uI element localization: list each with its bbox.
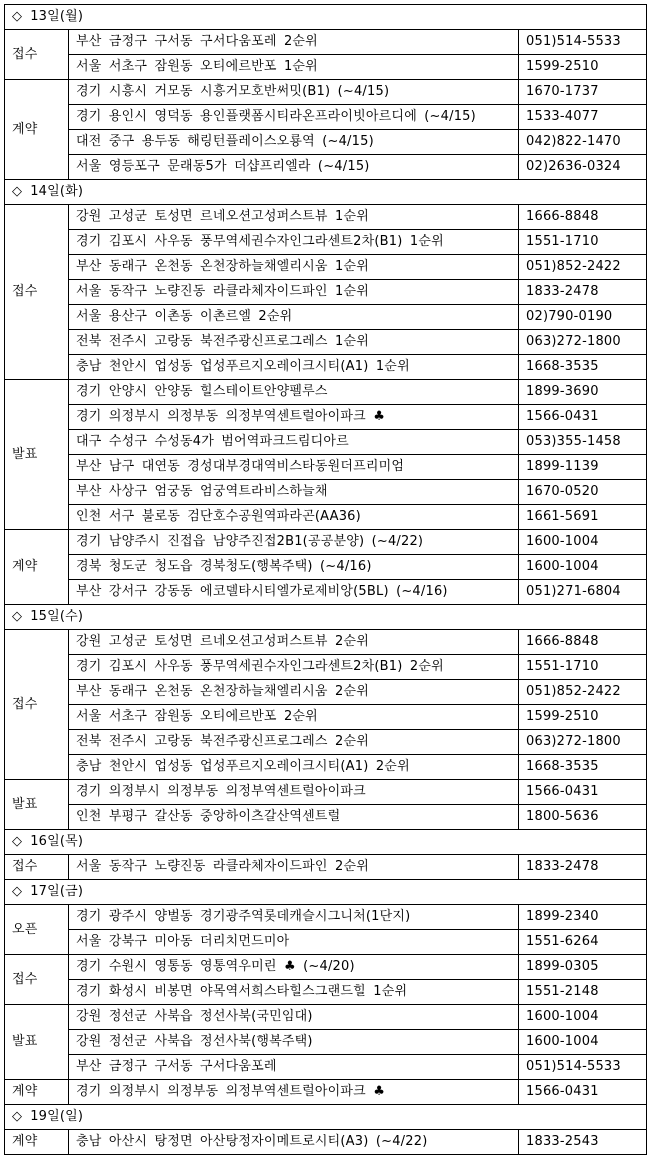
table-row: 경기 의정부시 의정부동 의정부역센트럴아이파크 ♣1566-0431 [5,405,647,430]
phone-cell: 1551-1710 [519,655,647,680]
table-row: 충남 천안시 업성동 업성푸르지오레이크시티(A1) 1순위1668-3535 [5,355,647,380]
date-label: 15일(수) [30,609,83,624]
category-cell: 접수 [5,855,69,880]
description-cell: 경기 시흥시 거모동 시흥거모호반써밋(B1) (~4/15) [69,80,519,105]
phone-cell: 063)272-1800 [519,730,647,755]
phone-cell: 1551-1710 [519,230,647,255]
category-cell: 접수 [5,630,69,780]
table-row: 서울 영등포구 문래동5가 더샵프리엘라 (~4/15)02)2636-0324 [5,155,647,180]
description-cell: 서울 동작구 노량진동 라클라체자이드파인 1순위 [69,280,519,305]
table-row: 경기 용인시 영덕동 용인플랫폼시티라온프라이빗아르디에 (~4/15)1533… [5,105,647,130]
table-row: 대구 수성구 수성동4가 범어역파크드림디아르053)355-1458 [5,430,647,455]
phone-cell: 1670-0520 [519,480,647,505]
description-cell: 경기 안양시 안양동 힐스테이트안양펠루스 [69,380,519,405]
table-row: 부산 동래구 온천동 온천장하늘채엘리시움 1순위051)852-2422 [5,255,647,280]
phone-cell: 1833-2543 [519,1130,647,1155]
phone-cell: 1551-2148 [519,980,647,1005]
date-header-row: ◇15일(수) [5,605,647,630]
date-header: ◇14일(화) [5,180,647,205]
table-row: 부산 강서구 강동동 에코델타시티엘가로제비앙(5BL) (~4/16)051)… [5,580,647,605]
category-cell: 접수 [5,955,69,1005]
table-row: 서울 강북구 미아동 더리치먼드미아1551-6264 [5,930,647,955]
phone-cell: 1899-3690 [519,380,647,405]
table-row: 충남 천안시 업성동 업성푸르지오레이크시티(A1) 2순위1668-3535 [5,755,647,780]
table-row: 인천 부평구 갈산동 중앙하이츠갈산역센트럴1800-5636 [5,805,647,830]
date-label: 13일(월) [30,9,83,24]
phone-cell: 02)790-0190 [519,305,647,330]
diamond-icon: ◇ [12,605,22,629]
description-cell: 인천 서구 불로동 검단호수공원역파라곤(AA36) [69,505,519,530]
table-row: 서울 용산구 이촌동 이촌르엘 2순위02)790-0190 [5,305,647,330]
table-row: 전북 전주시 고랑동 북전주광신프로그레스 1순위063)272-1800 [5,330,647,355]
table-row: 접수강원 고성군 토성면 르네오션고성퍼스트뷰 1순위1666-8848 [5,205,647,230]
table-row: 인천 서구 불로동 검단호수공원역파라곤(AA36)1661-5691 [5,505,647,530]
table-row: 발표경기 의정부시 의정부동 의정부역센트럴아이파크1566-0431 [5,780,647,805]
phone-cell: 051)852-2422 [519,680,647,705]
table-row: 경기 김포시 사우동 풍무역세권수자인그라센트2차(B1) 2순위1551-17… [5,655,647,680]
table-row: 대전 중구 용두동 해링턴플레이스오룡역 (~4/15)042)822-1470 [5,130,647,155]
table-row: 서울 서초구 잠원동 오티에르반포 1순위1599-2510 [5,55,647,80]
table-row: 발표경기 안양시 안양동 힐스테이트안양펠루스1899-3690 [5,380,647,405]
diamond-icon: ◇ [12,180,22,204]
date-header: ◇15일(수) [5,605,647,630]
phone-cell: 1899-2340 [519,905,647,930]
diamond-icon: ◇ [12,1105,22,1129]
phone-cell: 042)822-1470 [519,130,647,155]
description-cell: 강원 고성군 토성면 르네오션고성퍼스트뷰 1순위 [69,205,519,230]
table-row: 서울 서초구 잠원동 오티에르반포 2순위1599-2510 [5,705,647,730]
description-cell: 강원 정선군 사북읍 정선사북(국민임대) [69,1005,519,1030]
table-row: 전북 전주시 고랑동 북전주광신프로그레스 2순위063)272-1800 [5,730,647,755]
date-header-row: ◇13일(월) [5,5,647,30]
date-header-row: ◇14일(화) [5,180,647,205]
phone-cell: 1800-5636 [519,805,647,830]
description-cell: 서울 용산구 이촌동 이촌르엘 2순위 [69,305,519,330]
category-cell: 계약 [5,1130,69,1155]
table-row: 계약경기 의정부시 의정부동 의정부역센트럴아이파크 ♣1566-0431 [5,1080,647,1105]
table-row: 접수경기 수원시 영통동 영통역우미린 ♣ (~4/20)1899-0305 [5,955,647,980]
table-row: 접수부산 금정구 구서동 구서다움포레 2순위051)514-5533 [5,30,647,55]
phone-cell: 1899-0305 [519,955,647,980]
description-cell: 부산 남구 대연동 경성대부경대역비스타동원더프리미엄 [69,455,519,480]
table-row: 계약경기 시흥시 거모동 시흥거모호반써밋(B1) (~4/15)1670-17… [5,80,647,105]
description-cell: 부산 금정구 구서동 구서다움포레 2순위 [69,30,519,55]
description-cell: 강원 고성군 토성면 르네오션고성퍼스트뷰 2순위 [69,630,519,655]
phone-cell: 1661-5691 [519,505,647,530]
phone-cell: 1533-4077 [519,105,647,130]
date-label: 16일(목) [30,834,83,849]
table-row: 오픈경기 광주시 양벌동 경기광주역롯데캐슬시그니처(1단지)1899-2340 [5,905,647,930]
description-cell: 경북 청도군 청도읍 경북청도(행복주택) (~4/16) [69,555,519,580]
phone-cell: 1666-8848 [519,630,647,655]
description-cell: 충남 천안시 업성동 업성푸르지오레이크시티(A1) 1순위 [69,355,519,380]
date-label: 19일(일) [30,1109,83,1124]
phone-cell: 1666-8848 [519,205,647,230]
description-cell: 서울 동작구 노량진동 라클라체자이드파인 2순위 [69,855,519,880]
phone-cell: 1600-1004 [519,555,647,580]
table-row: 발표강원 정선군 사북읍 정선사북(국민임대)1600-1004 [5,1005,647,1030]
table-row: 경기 김포시 사우동 풍무역세권수자인그라센트2차(B1) 1순위1551-17… [5,230,647,255]
date-header-row: ◇19일(일) [5,1105,647,1130]
table-row: 부산 금정구 구서동 구서다움포레051)514-5533 [5,1055,647,1080]
schedule-tbody: ◇13일(월)접수부산 금정구 구서동 구서다움포레 2순위051)514-55… [5,5,647,1155]
description-cell: 경기 의정부시 의정부동 의정부역센트럴아이파크 ♣ [69,1080,519,1105]
description-cell: 서울 영등포구 문래동5가 더샵프리엘라 (~4/15) [69,155,519,180]
description-cell: 전북 전주시 고랑동 북전주광신프로그레스 2순위 [69,730,519,755]
phone-cell: 1600-1004 [519,530,647,555]
description-cell: 인천 부평구 갈산동 중앙하이츠갈산역센트럴 [69,805,519,830]
phone-cell: 1670-1737 [519,80,647,105]
description-cell: 부산 강서구 강동동 에코델타시티엘가로제비앙(5BL) (~4/16) [69,580,519,605]
phone-cell: 1668-3535 [519,755,647,780]
phone-cell: 051)271-6804 [519,580,647,605]
phone-cell: 1600-1004 [519,1005,647,1030]
phone-cell: 1566-0431 [519,780,647,805]
category-cell: 접수 [5,30,69,80]
table-row: 접수서울 동작구 노량진동 라클라체자이드파인 2순위1833-2478 [5,855,647,880]
phone-cell: 1833-2478 [519,280,647,305]
table-row: 계약경기 남양주시 진접읍 남양주진접2B1(공공분양) (~4/22)1600… [5,530,647,555]
description-cell: 전북 전주시 고랑동 북전주광신프로그레스 1순위 [69,330,519,355]
table-row: 계약충남 아산시 탕정면 아산탕정자이메트로시티(A3) (~4/22)1833… [5,1130,647,1155]
description-cell: 경기 남양주시 진접읍 남양주진접2B1(공공분양) (~4/22) [69,530,519,555]
description-cell: 충남 아산시 탕정면 아산탕정자이메트로시티(A3) (~4/22) [69,1130,519,1155]
diamond-icon: ◇ [12,830,22,854]
table-row: 강원 정선군 사북읍 정선사북(행복주택)1600-1004 [5,1030,647,1055]
phone-cell: 051)852-2422 [519,255,647,280]
date-header-row: ◇16일(목) [5,830,647,855]
phone-cell: 1833-2478 [519,855,647,880]
phone-cell: 1566-0431 [519,405,647,430]
description-cell: 충남 천안시 업성동 업성푸르지오레이크시티(A1) 2순위 [69,755,519,780]
date-header: ◇13일(월) [5,5,647,30]
description-cell: 경기 김포시 사우동 풍무역세권수자인그라센트2차(B1) 1순위 [69,230,519,255]
subscription-schedule-table: ◇13일(월)접수부산 금정구 구서동 구서다움포레 2순위051)514-55… [4,4,647,1155]
category-cell: 계약 [5,1080,69,1105]
description-cell: 부산 동래구 온천동 온천장하늘채엘리시움 1순위 [69,255,519,280]
date-header: ◇17일(금) [5,880,647,905]
description-cell: 경기 용인시 영덕동 용인플랫폼시티라온프라이빗아르디에 (~4/15) [69,105,519,130]
description-cell: 대전 중구 용두동 해링턴플레이스오룡역 (~4/15) [69,130,519,155]
description-cell: 경기 화성시 비봉면 야목역서희스타힐스그랜드힐 1순위 [69,980,519,1005]
date-header: ◇19일(일) [5,1105,647,1130]
description-cell: 부산 동래구 온천동 온천장하늘채엘리시움 2순위 [69,680,519,705]
date-header: ◇16일(목) [5,830,647,855]
category-cell: 계약 [5,530,69,605]
category-cell: 계약 [5,80,69,180]
date-label: 17일(금) [30,884,83,899]
phone-cell: 1668-3535 [519,355,647,380]
description-cell: 부산 사상구 엄궁동 엄궁역트라비스하늘채 [69,480,519,505]
phone-cell: 1600-1004 [519,1030,647,1055]
phone-cell: 053)355-1458 [519,430,647,455]
category-cell: 오픈 [5,905,69,955]
phone-cell: 1599-2510 [519,55,647,80]
date-header-row: ◇17일(금) [5,880,647,905]
category-cell: 발표 [5,1005,69,1080]
description-cell: 경기 수원시 영통동 영통역우미린 ♣ (~4/20) [69,955,519,980]
date-label: 14일(화) [30,184,83,199]
description-cell: 서울 서초구 잠원동 오티에르반포 1순위 [69,55,519,80]
phone-cell: 02)2636-0324 [519,155,647,180]
category-cell: 접수 [5,205,69,380]
table-row: 서울 동작구 노량진동 라클라체자이드파인 1순위1833-2478 [5,280,647,305]
category-cell: 발표 [5,780,69,830]
table-row: 접수강원 고성군 토성면 르네오션고성퍼스트뷰 2순위1666-8848 [5,630,647,655]
description-cell: 경기 김포시 사우동 풍무역세권수자인그라센트2차(B1) 2순위 [69,655,519,680]
diamond-icon: ◇ [12,880,22,904]
description-cell: 강원 정선군 사북읍 정선사북(행복주택) [69,1030,519,1055]
phone-cell: 1551-6264 [519,930,647,955]
description-cell: 서울 강북구 미아동 더리치먼드미아 [69,930,519,955]
phone-cell: 051)514-5533 [519,30,647,55]
phone-cell: 063)272-1800 [519,330,647,355]
description-cell: 부산 금정구 구서동 구서다움포레 [69,1055,519,1080]
description-cell: 경기 광주시 양벌동 경기광주역롯데캐슬시그니처(1단지) [69,905,519,930]
description-cell: 서울 서초구 잠원동 오티에르반포 2순위 [69,705,519,730]
category-cell: 발표 [5,380,69,530]
phone-cell: 1899-1139 [519,455,647,480]
table-row: 부산 동래구 온천동 온천장하늘채엘리시움 2순위051)852-2422 [5,680,647,705]
diamond-icon: ◇ [12,5,22,29]
phone-cell: 1599-2510 [519,705,647,730]
table-row: 경북 청도군 청도읍 경북청도(행복주택) (~4/16)1600-1004 [5,555,647,580]
description-cell: 경기 의정부시 의정부동 의정부역센트럴아이파크 [69,780,519,805]
table-row: 부산 남구 대연동 경성대부경대역비스타동원더프리미엄1899-1139 [5,455,647,480]
description-cell: 대구 수성구 수성동4가 범어역파크드림디아르 [69,430,519,455]
table-row: 부산 사상구 엄궁동 엄궁역트라비스하늘채1670-0520 [5,480,647,505]
phone-cell: 051)514-5533 [519,1055,647,1080]
description-cell: 경기 의정부시 의정부동 의정부역센트럴아이파크 ♣ [69,405,519,430]
phone-cell: 1566-0431 [519,1080,647,1105]
table-row: 경기 화성시 비봉면 야목역서희스타힐스그랜드힐 1순위1551-2148 [5,980,647,1005]
